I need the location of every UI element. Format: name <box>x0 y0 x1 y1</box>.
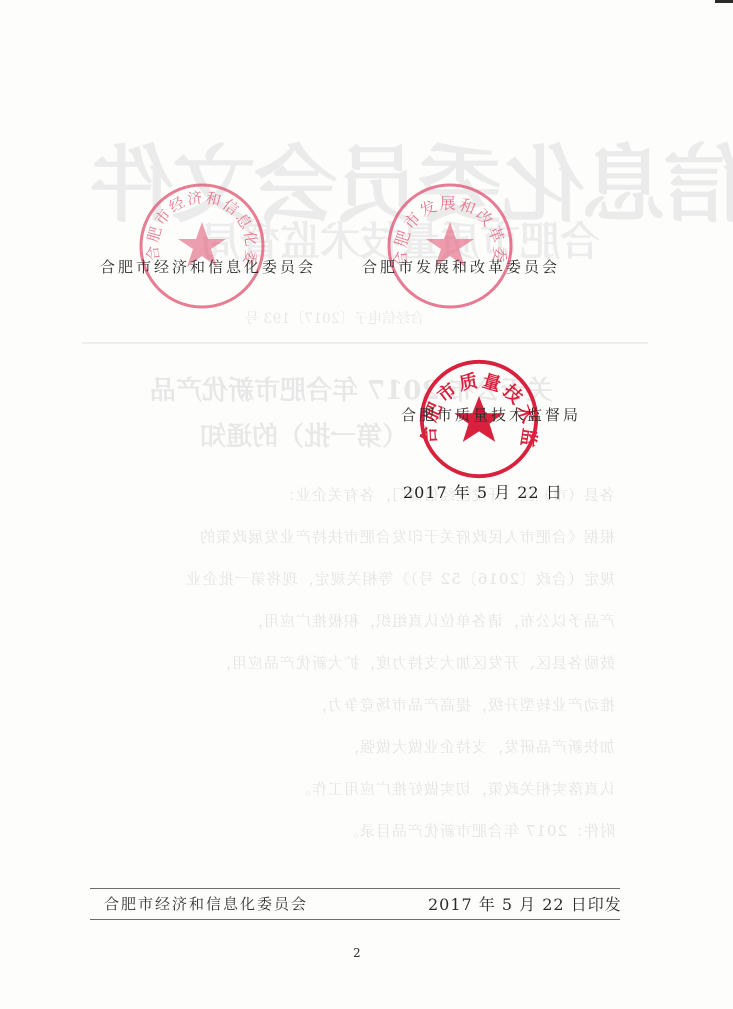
bleed-through-title-2: （第一批）的通知 <box>200 416 408 453</box>
footer-issuer: 合肥市经济和信息化委员会 <box>104 893 308 914</box>
scan-edge-shadow <box>715 0 733 3</box>
document-page: 合肥市经济和信息化委员会文件 合肥市质量技术监督局 合经信电子〔2017〕193… <box>0 0 733 1009</box>
bleed-through-doc-number: 合经信电子〔2017〕193 号 <box>245 308 424 328</box>
development-reform-commission-seal: 合肥市发展和改革委员会 <box>386 182 514 310</box>
bleed-through-line: 产品予以公布，请各单位认真组织，积极推广应用， <box>90 610 615 631</box>
signatory-quality-supervision-bureau: 合肥市质量技术监督局 <box>401 404 581 425</box>
bleed-through-line: 鼓励各县区、开发区加大支持力度，扩大新优产品应用， <box>90 652 615 673</box>
bleed-through-line: 根据《合肥市人民政府关于印发合肥市扶持产业发展政策的 <box>90 526 615 547</box>
bleed-through-line: 认真落实相关政策，切实做好推广应用工作。 <box>90 778 615 799</box>
bleed-through-line: 加快新产品研发，支持企业做大做强， <box>90 736 615 757</box>
bleed-through-rule <box>82 342 648 344</box>
economy-info-commission-seal: 合肥市经济和信息化委员会 <box>138 182 266 310</box>
footer-bottom-rule <box>90 919 620 920</box>
page-number: 2 <box>353 946 361 960</box>
bleed-through-line: 附件：2017 年合肥市新优产品目录。 <box>90 820 615 841</box>
bleed-through-line: 规定（合政〔2016〕52 号）》等相关规定，现将第一批企业 <box>90 568 615 589</box>
bleed-through-line: 推动产业转型升级，提高产品市场竞争力， <box>90 694 615 715</box>
footer-top-rule <box>90 888 620 889</box>
signing-date: 2017 年 5 月 22 日 <box>403 480 563 503</box>
footer-issue-date: 2017 年 5 月 22 日印发 <box>428 892 622 915</box>
signatory-economy-info-commission: 合肥市经济和信息化委员会 <box>100 256 316 277</box>
signatory-development-reform-commission: 合肥市发展和改革委员会 <box>362 256 560 277</box>
